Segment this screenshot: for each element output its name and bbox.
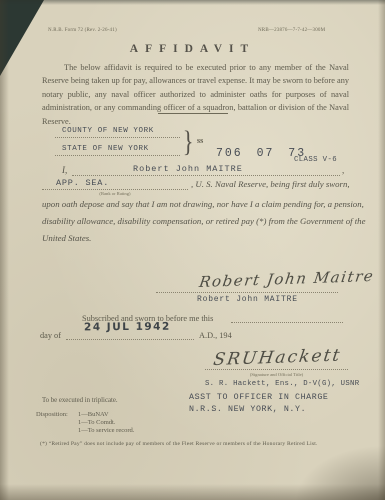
declaration-line2: , U. S. Naval Reserve, being first duly … — [191, 179, 350, 189]
notary-officer-typed: S. R. Hackett, Ens., D-V(G), USNR — [205, 380, 359, 388]
scan-edge-top — [0, 0, 385, 5]
county-value: COUNTY OF NEW YORK — [62, 127, 154, 135]
scan-corner-blot — [295, 445, 385, 500]
county-underline — [55, 137, 180, 138]
affiant-name-typed-below: Robert John MAITRE — [197, 295, 298, 304]
jurisdiction-brace: } — [183, 127, 194, 157]
state-value: STATE OF NEW YORK — [62, 145, 149, 153]
disposition-item: 1—To service record. — [78, 427, 134, 434]
name-line-comma: , — [342, 165, 344, 175]
affiant-name-typed: Robert John MAITRE — [133, 164, 243, 174]
declaration-body-line2: disability allowance, disability compens… — [42, 216, 365, 226]
declaration-body-line3: United States. — [42, 233, 91, 243]
rank-underline — [42, 189, 188, 190]
triplicate-note: To be executed in triplicate. — [42, 397, 118, 404]
disposition-label: Disposition: — [36, 411, 68, 418]
intro-paragraph: The below affidavit is required to be ex… — [42, 61, 349, 128]
notary-signature-underline — [205, 369, 348, 370]
affidavit-document: N.R.B. Form 72 (Rev. 2-26-41) NRB—23876—… — [0, 0, 385, 500]
rank-typed: APP. SEA. — [56, 178, 109, 188]
affiant-signature-script: Robert John Maitre — [198, 267, 376, 291]
day-of-label: day of — [40, 331, 61, 340]
date-stamp: 24 JUL 1942 — [84, 321, 171, 334]
form-number-right: NRB—23876—7-7-42—300M — [258, 28, 325, 33]
service-number: 706 07 73 — [216, 147, 306, 160]
officer-title-line1: ASST TO OFFICER IN CHARGE — [189, 393, 328, 402]
divider-rule — [158, 113, 228, 114]
i-label: I, — [62, 165, 67, 175]
name-underline — [72, 175, 340, 176]
notary-signature-script: SRUHackett — [212, 346, 343, 370]
class-designation: CLASS V-6 — [294, 156, 337, 164]
declaration-body-line1: upon oath depose and say that I am not d… — [42, 199, 364, 209]
retired-pay-footnote: (*) “Retired Pay” does not include pay o… — [40, 441, 318, 447]
officer-title-line2: N.R.S. NEW YORK, N.Y. — [189, 405, 306, 414]
scan-edge-left — [0, 0, 9, 500]
subscribed-underline — [231, 322, 343, 323]
notary-signature-caption: (Signature and Official Title) — [205, 372, 348, 377]
day-of-underline — [66, 339, 194, 340]
ss-abbreviation: ss — [197, 136, 203, 145]
form-number-left: N.R.B. Form 72 (Rev. 2-26-41) — [48, 28, 117, 33]
disposition-item: 1—BuNAV — [78, 411, 109, 418]
ad-year-label: A.D., 194 — [199, 331, 232, 340]
state-underline — [55, 155, 180, 156]
document-title: AFFIDAVIT — [0, 43, 385, 55]
affiant-signature-underline — [156, 292, 338, 293]
disposition-item: 1—To Comdt. — [78, 419, 115, 426]
scan-edge-right — [378, 0, 385, 500]
rank-caption: (Rank or Rating) — [60, 191, 170, 196]
